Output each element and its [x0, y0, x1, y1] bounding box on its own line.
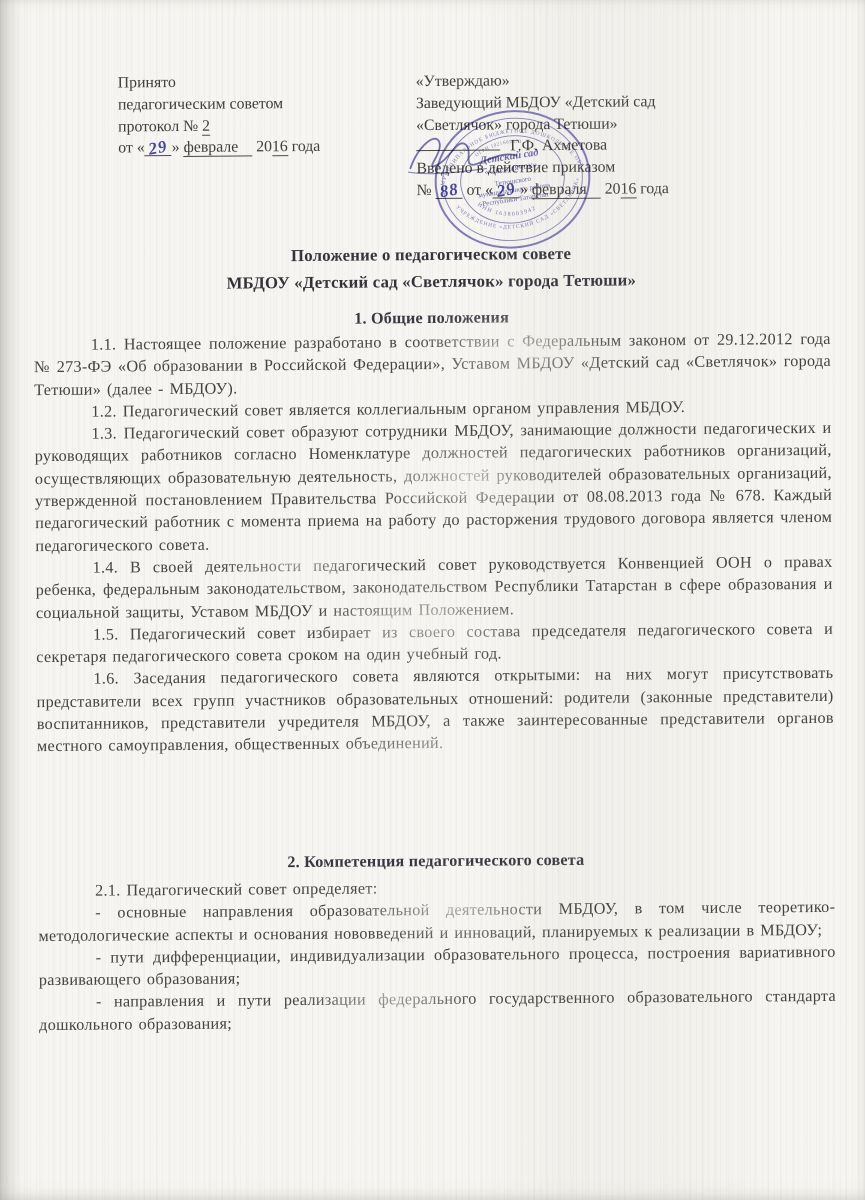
accepted-date-line: от «29» феврале 2016 года [118, 136, 320, 159]
month-name: феврале [183, 139, 252, 158]
official-round-stamp: МУНИЦИПАЛЬНОЕ БЮДЖЕТНОЕ ДОШКОЛЬНОЕ ОБРАЗ… [421, 96, 604, 263]
paragraph-1-5: 1.5. Педагогический совет избирает из св… [36, 618, 833, 669]
bullet-2-1c: - направления и пути реализации федераль… [39, 985, 836, 1036]
accepted-block: Принято педагогическим советом протокол … [118, 71, 321, 160]
bullet-2-1a: - основные направления образовательной д… [38, 896, 835, 947]
accepted-line-3: протокол № 2 [118, 114, 320, 137]
handwritten-day: 29 [148, 140, 169, 157]
protocol-label: протокол № [118, 117, 202, 135]
date-mid: » [172, 139, 184, 156]
date-prefix: от « [118, 140, 145, 157]
approve-line-1: «Утверждаю» [416, 69, 668, 93]
section-2-body: 2.1. Педагогический совет определяет: - … [38, 874, 836, 1036]
bullet-2-1b: - пути дифференциации, индивидуализации … [39, 941, 836, 992]
accepted-line-2: педагогическим советом [118, 93, 320, 116]
document-content: Принято педагогическим советом протокол … [0, 0, 865, 1200]
document-title: Положение о педагогическом совете МБДОУ … [33, 239, 829, 298]
order-year-digits: 16 [620, 180, 636, 198]
section-1-heading: 1. Общие положения [34, 306, 830, 331]
title-line-2: МБДОУ «Детский сад «Светлячок» города Те… [33, 265, 829, 298]
paragraph-1-1: 1.1. Настоящее положение разработано в с… [34, 328, 832, 401]
scanned-page: Принято педагогическим советом протокол … [0, 0, 865, 1200]
paragraph-1-3: 1.3. Педагогический совет образуют сотру… [34, 417, 832, 557]
protocol-number: 2 [202, 117, 210, 135]
section-1-body: 1.1. Настоящее положение разработано в с… [34, 328, 834, 758]
accepted-line-1: Принято [118, 71, 320, 94]
day-slot: 29 [145, 140, 172, 156]
paragraph-1-6: 1.6. Заседания педагогического совета яв… [36, 662, 834, 757]
order-year-prefix: 20 [601, 180, 621, 197]
year-prefix: 20 [252, 139, 272, 156]
order-suffix: года [636, 180, 669, 197]
section-2-heading: 2. Компетенция педагогического совета [38, 849, 834, 874]
date-suffix: года [288, 138, 321, 155]
paragraph-1-4: 1.4. В своей деятельности педагогический… [35, 551, 833, 624]
year-digits: 16 [272, 139, 288, 157]
